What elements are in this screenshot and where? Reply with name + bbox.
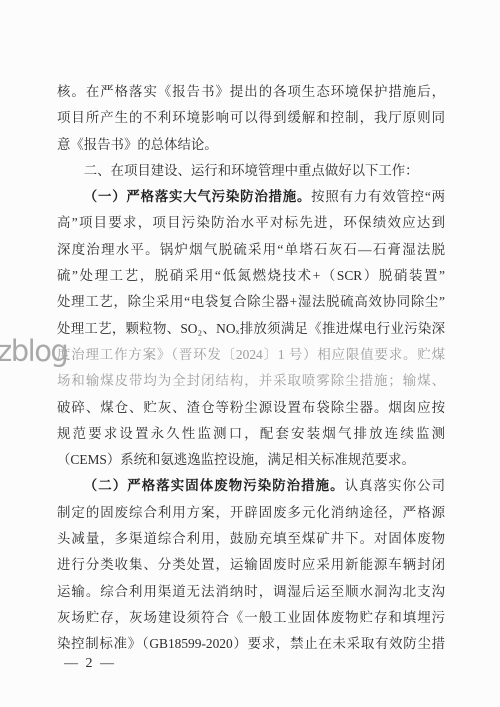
text-line: 运输。综合利用渠道无法消纳时，调湿后运至顺水洞沟北支沟 bbox=[57, 579, 445, 605]
document-page: zblog 核。在严格落实《报告书》提出的各项生态环境保护措施后，项目所产生的不… bbox=[0, 0, 500, 707]
text-line: 破碎、煤仓、贮灰、渣仓等粉尘源设置布袋除尘器。烟囱应按 bbox=[57, 395, 445, 421]
text-line: 二、在项目建设、运行和环境管理中重点做好以下工作： bbox=[57, 158, 445, 184]
text-line: （CEMS）系统和氨逃逸监控设施，满足相关标准规范要求。 bbox=[57, 447, 445, 473]
text-line: （一）严格落实大气污染防治措施。按照有力有效管控“两 bbox=[57, 184, 445, 210]
text-line: 场和输煤皮带均为全封闭结构，并采取喷雾除尘措施；输煤、 bbox=[57, 368, 445, 394]
text-line: 意《报告书》的总体结论。 bbox=[57, 132, 445, 158]
text-line: 硫”处理工艺，脱硝采用“低氮燃烧技术+（SCR）脱硝装置” bbox=[57, 263, 445, 289]
text-line: 处理工艺，除尘采用“电袋复合除尘器+湿法脱硫高效协同除尘” bbox=[57, 289, 445, 315]
document-body: 核。在严格落实《报告书》提出的各项生态环境保护措施后，项目所产生的不利环境影响可… bbox=[57, 79, 445, 658]
text-line: 处理工艺，颗粒物、SO₂、NOₓ排放须满足《推进煤电行业污染深 bbox=[57, 316, 445, 342]
text-line: 深度治理水平。锅炉烟气脱硫采用“单塔石灰石—石膏湿法脱 bbox=[57, 237, 445, 263]
page-number: — 2 — bbox=[64, 656, 116, 672]
text-line: 规范要求设置永久性监测口，配套安装烟气排放连续监测 bbox=[57, 421, 445, 447]
bold-heading-segment: （二）严格落实固体废物污染防治措施。 bbox=[84, 478, 345, 493]
text-line: 制定的固废综合利用方案，开辟固废多元化消纳途径，严格源 bbox=[57, 500, 445, 526]
text-line: 高”项目要求，项目污染防治水平对标先进，环保绩效应达到 bbox=[57, 210, 445, 236]
text-line: 灰场贮存，灰场建设须符合《一般工业固体废物贮存和填埋污 bbox=[57, 605, 445, 631]
text-line: 核。在严格落实《报告书》提出的各项生态环境保护措施后， bbox=[57, 79, 445, 105]
watermark-text: zblog bbox=[0, 334, 67, 368]
bold-heading-segment: （一）严格落实大气污染防治措施。 bbox=[84, 189, 311, 204]
text-line: 度治理工作方案》（晋环发〔2024〕1 号）相应限值要求。贮煤 bbox=[57, 342, 445, 368]
text-line: 项目所产生的不利环境影响可以得到缓解和控制，我厅原则同 bbox=[57, 105, 445, 131]
text-line: 头减量，多渠道综合利用，鼓励充填至煤矿井下。对固体废物 bbox=[57, 526, 445, 552]
text-line: 进行分类收集、分类处置，运输固废时应采用新能源车辆封闭 bbox=[57, 552, 445, 578]
text-line: 染控制标准》（GB18599-2020）要求，禁止在未采取有效防尘措 bbox=[57, 631, 445, 657]
text-line: （二）严格落实固体废物污染防治措施。认真落实你公司 bbox=[57, 473, 445, 499]
